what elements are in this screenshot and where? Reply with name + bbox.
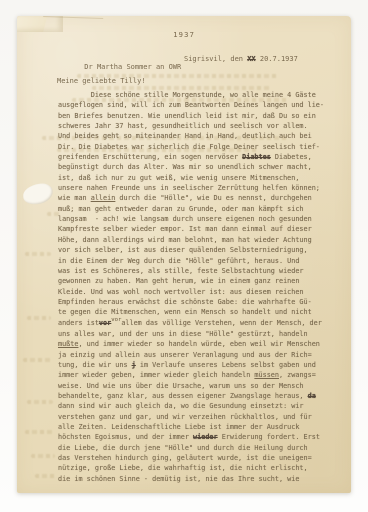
letter-line: langsam - ach! wie langsam durch unsere … <box>58 214 340 224</box>
letter-line: anders istvorvorallem das völlige Verste… <box>58 318 340 329</box>
letter-line: begünstigt durch das Alter. Was mir so u… <box>58 162 340 172</box>
letter-line: Dir. Die Diabetes war sicherlich die Fol… <box>58 142 340 152</box>
letter-line: behandelte, ganz klar, aus dessen eigene… <box>58 391 340 401</box>
letter-line: vor sich selber, ist aus dieser quälende… <box>58 245 340 255</box>
letter-line: das Verstehen hindurch ging, geläutert w… <box>58 453 340 463</box>
letter-line: unsere nahen Freunde uns in seelischer Z… <box>58 183 340 193</box>
letter-line: Und beides geht so miteinander Hand in H… <box>58 131 340 141</box>
letter-line: höchsten Egoismus, und der immer wieder … <box>58 432 340 442</box>
struck-date-typo: XX <box>247 55 255 63</box>
paper-crease <box>43 16 103 29</box>
letter-line: tung, die wir uns j im Verlaufe unseres … <box>58 360 340 370</box>
letter-line: ist, daß ich nur zu gut weiß, wie wenig … <box>58 173 340 183</box>
letter-line: te gegen die Mitmenschen, wenn ein Mensc… <box>58 307 340 317</box>
place-date: Sigrisvil, den XX 20.7.1937 <box>184 55 298 63</box>
letter-paper: 1937 Dr Martha Sommer an OWR Sigrisvil, … <box>17 16 351 493</box>
letter-line: mußte, und immer wieder so handeln würde… <box>58 339 340 349</box>
letter-line: die Liebe, die durch jene "Hölle" und du… <box>58 443 340 453</box>
letter-line: weise. Und wie uns über die Ursache, war… <box>58 381 340 391</box>
letter-line: gewonnen zu haben. Man geht herum, wie i… <box>58 276 340 286</box>
letter-line: ausgeflogen sind, will ich zum Beantwort… <box>58 100 340 110</box>
year-heading: 1937 <box>17 30 351 39</box>
letter-line: dann sind wir auch gleich da, wo die Ges… <box>58 401 340 411</box>
letter-line: ja einzig und allein aus unserer Veranla… <box>58 350 340 360</box>
letter-line: verstehen ganz und gar, und wir verzeihe… <box>58 412 340 422</box>
paper-tear-patch <box>22 182 54 206</box>
letter-line: Empfinden heraus erwächst die schönste G… <box>58 297 340 307</box>
letter-body: Diese schöne stille Morgenstunde, wo all… <box>58 90 340 484</box>
scan-background: 1937 Dr Martha Sommer an OWR Sigrisvil, … <box>0 0 368 512</box>
letter-line: nützige, große Liebe, die wahrhaftig ist… <box>58 463 340 473</box>
letter-line: greifenden Erschütterung, ein sogen nerv… <box>58 152 340 162</box>
letter-line: alle Zeiten. Leidenschaftliche Liebe ist… <box>58 422 340 432</box>
letter-line: wie man allein durch die "Hölle", wie Du… <box>58 193 340 203</box>
letter-line: immer wieder geben, immer wieder gleich … <box>58 370 340 380</box>
letter-line: uns alles war, und der uns in diese "Höl… <box>58 329 340 339</box>
salutation: Meine geliebte Tilly! <box>57 77 146 85</box>
letter-line: Kleide. Und was wohl noch wertvoller ist… <box>58 287 340 297</box>
letter-line: Höhe, dann allerdings wird man belohnt, … <box>58 235 340 245</box>
letter-line: in die Einem der Weg durch die "Hölle" g… <box>58 256 340 266</box>
letter-line: schweres Jahr 37 hast, gesundheitlich un… <box>58 121 340 131</box>
letter-line: muß; man geht entweder daran zu Grunde, … <box>58 204 340 214</box>
letter-line: was ist es Schöneres, als stille, feste … <box>58 266 340 276</box>
letter-line: Diese schöne stille Morgenstunde, wo all… <box>58 90 340 100</box>
letter-line: Kampfreste selber wieder empor. Ist man … <box>58 224 340 234</box>
letter-line: die im schönen Sinne - demütig ist, nie … <box>58 474 340 484</box>
sender-name: Dr Martha Sommer an OWR <box>84 63 181 71</box>
letter-line: ben Briefes benutzen. Wie unendlich leid… <box>58 111 340 121</box>
